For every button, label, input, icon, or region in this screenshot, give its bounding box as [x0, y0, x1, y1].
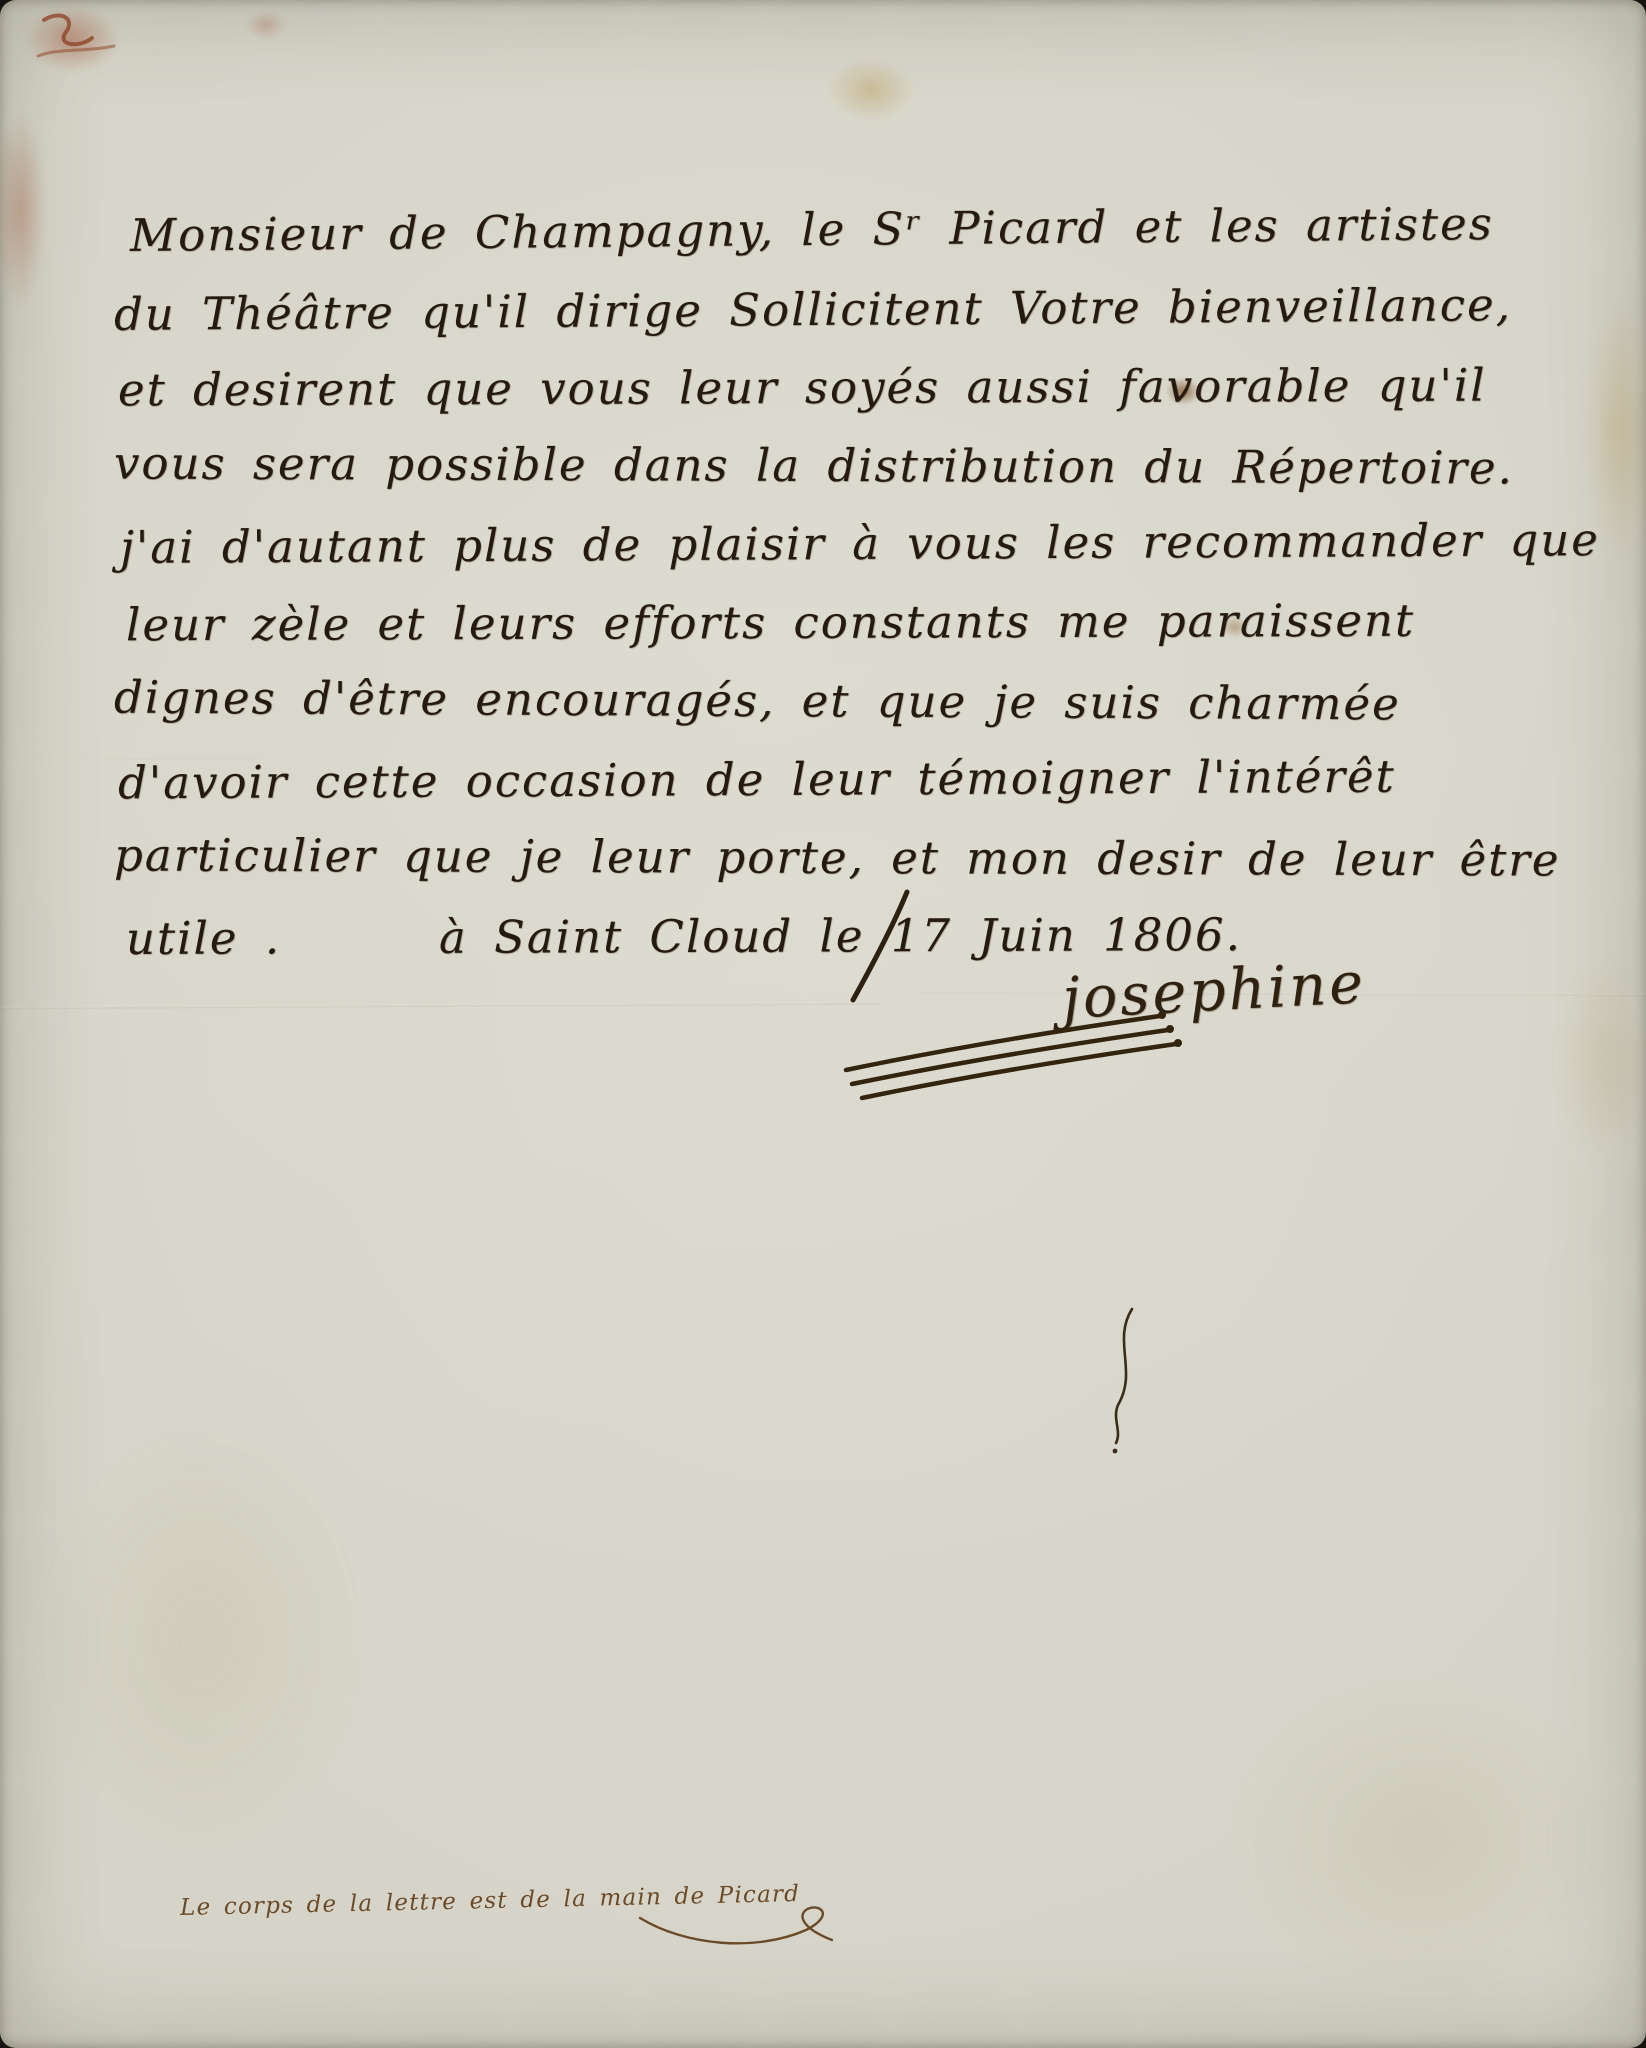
letter-line: et desirent que vous leur soyés aussi fa… [118, 359, 1487, 417]
letter-line: du Théâtre qu'il dirige Sollicitent Votr… [114, 278, 1512, 341]
letter-line: dignes d'être encouragés, et que je suis… [114, 671, 1401, 731]
letter-photo: Monsieur de Champagny, le Sʳ Picard et l… [0, 0, 1646, 2048]
letter-line: utile . à Saint Cloud le 17 Juin 1806. [126, 908, 1242, 965]
letter-line: leur zèle et leurs efforts constants me … [126, 594, 1415, 651]
letter-line: j'ai d'autant plus de plaisir à vous les… [120, 513, 1600, 574]
letter-line: d'avoir cette occasion de leur témoigner… [118, 750, 1396, 810]
letter-line: particulier que je leur porte, et mon de… [114, 828, 1561, 886]
letter-line: vous sera possible dans la distribution … [114, 437, 1514, 495]
